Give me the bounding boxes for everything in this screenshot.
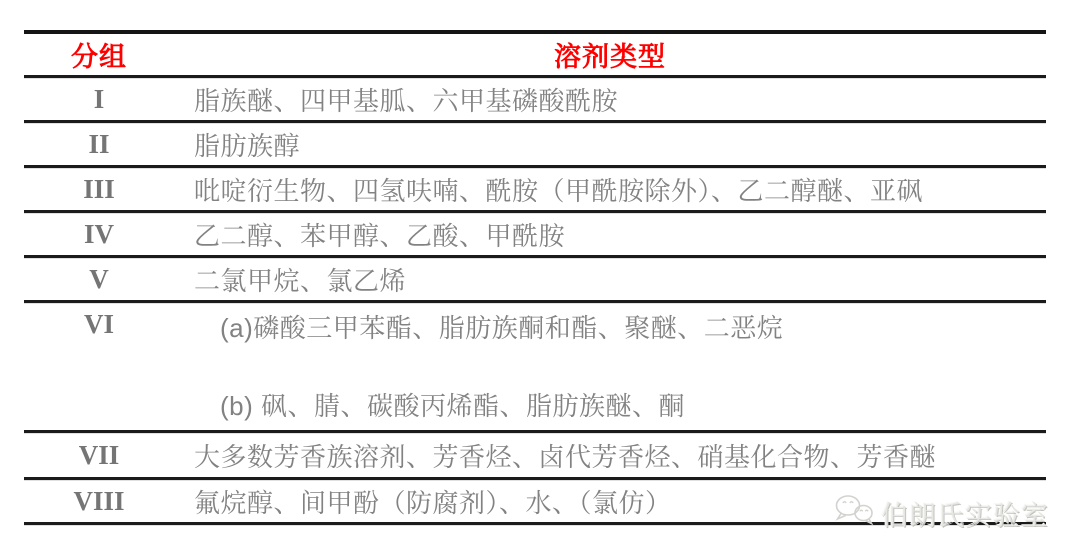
wechat-icon bbox=[833, 492, 875, 535]
solvent-list: 大多数芳香族溶剂、芳香烃、卤代芳香烃、硝基化合物、芳香醚 bbox=[174, 433, 1046, 477]
solvent-group-table: 分组 溶剂类型 I 脂族醚、四甲基胍、六甲基磷酸酰胺 II 脂肪族醇 III 吡… bbox=[24, 30, 1046, 525]
watermark: 伯朗氏实验室 bbox=[833, 492, 1049, 535]
table-row: III 吡啶衍生物、四氢呋喃、酰胺（甲酰胺除外）、乙二醇醚、亚砜 bbox=[24, 168, 1046, 213]
group-label: VI bbox=[24, 303, 174, 430]
solvent-list: 二氯甲烷、氯乙烯 bbox=[174, 258, 1046, 300]
solvent-type-column-header: 溶剂类型 bbox=[174, 34, 1046, 75]
watermark-label: 伯朗氏实验室 bbox=[881, 494, 1049, 533]
group-label: III bbox=[24, 168, 174, 210]
group-column-header: 分组 bbox=[24, 34, 174, 75]
group-label: I bbox=[24, 78, 174, 120]
group-label: V bbox=[24, 258, 174, 300]
group-label: II bbox=[24, 123, 174, 165]
table-row: V 二氯甲烷、氯乙烯 bbox=[24, 258, 1046, 303]
solvent-list: 脂族醚、四甲基胍、六甲基磷酸酰胺 bbox=[174, 78, 1046, 120]
table-row: II 脂肪族醇 bbox=[24, 123, 1046, 168]
solvent-list: 吡啶衍生物、四氢呋喃、酰胺（甲酰胺除外）、乙二醇醚、亚砜 bbox=[174, 168, 1046, 210]
solvent-list: 脂肪族醇 bbox=[174, 123, 1046, 165]
table-header-row: 分组 溶剂类型 bbox=[24, 34, 1046, 78]
group-label: VII bbox=[24, 433, 174, 477]
solvent-list-sub-b: (b) 砜、腈、碳酸丙烯酯、脂肪族醚、酮 bbox=[220, 386, 685, 423]
table-row: I 脂族醚、四甲基胍、六甲基磷酸酰胺 bbox=[24, 78, 1046, 123]
table-row: IV 乙二醇、苯甲醇、乙酸、甲酰胺 bbox=[24, 213, 1046, 258]
solvent-list-sub-a: (a)磷酸三甲苯酯、脂肪族酮和酯、聚醚、二恶烷 bbox=[220, 308, 783, 345]
table-row: VII 大多数芳香族溶剂、芳香烃、卤代芳香烃、硝基化合物、芳香醚 bbox=[24, 433, 1046, 480]
group-label: IV bbox=[24, 213, 174, 255]
solvent-list: 乙二醇、苯甲醇、乙酸、甲酰胺 bbox=[174, 213, 1046, 255]
table-row: VI (a)磷酸三甲苯酯、脂肪族酮和酯、聚醚、二恶烷 (b) 砜、腈、碳酸丙烯酯… bbox=[24, 303, 1046, 433]
group-label: VIII bbox=[24, 480, 174, 522]
